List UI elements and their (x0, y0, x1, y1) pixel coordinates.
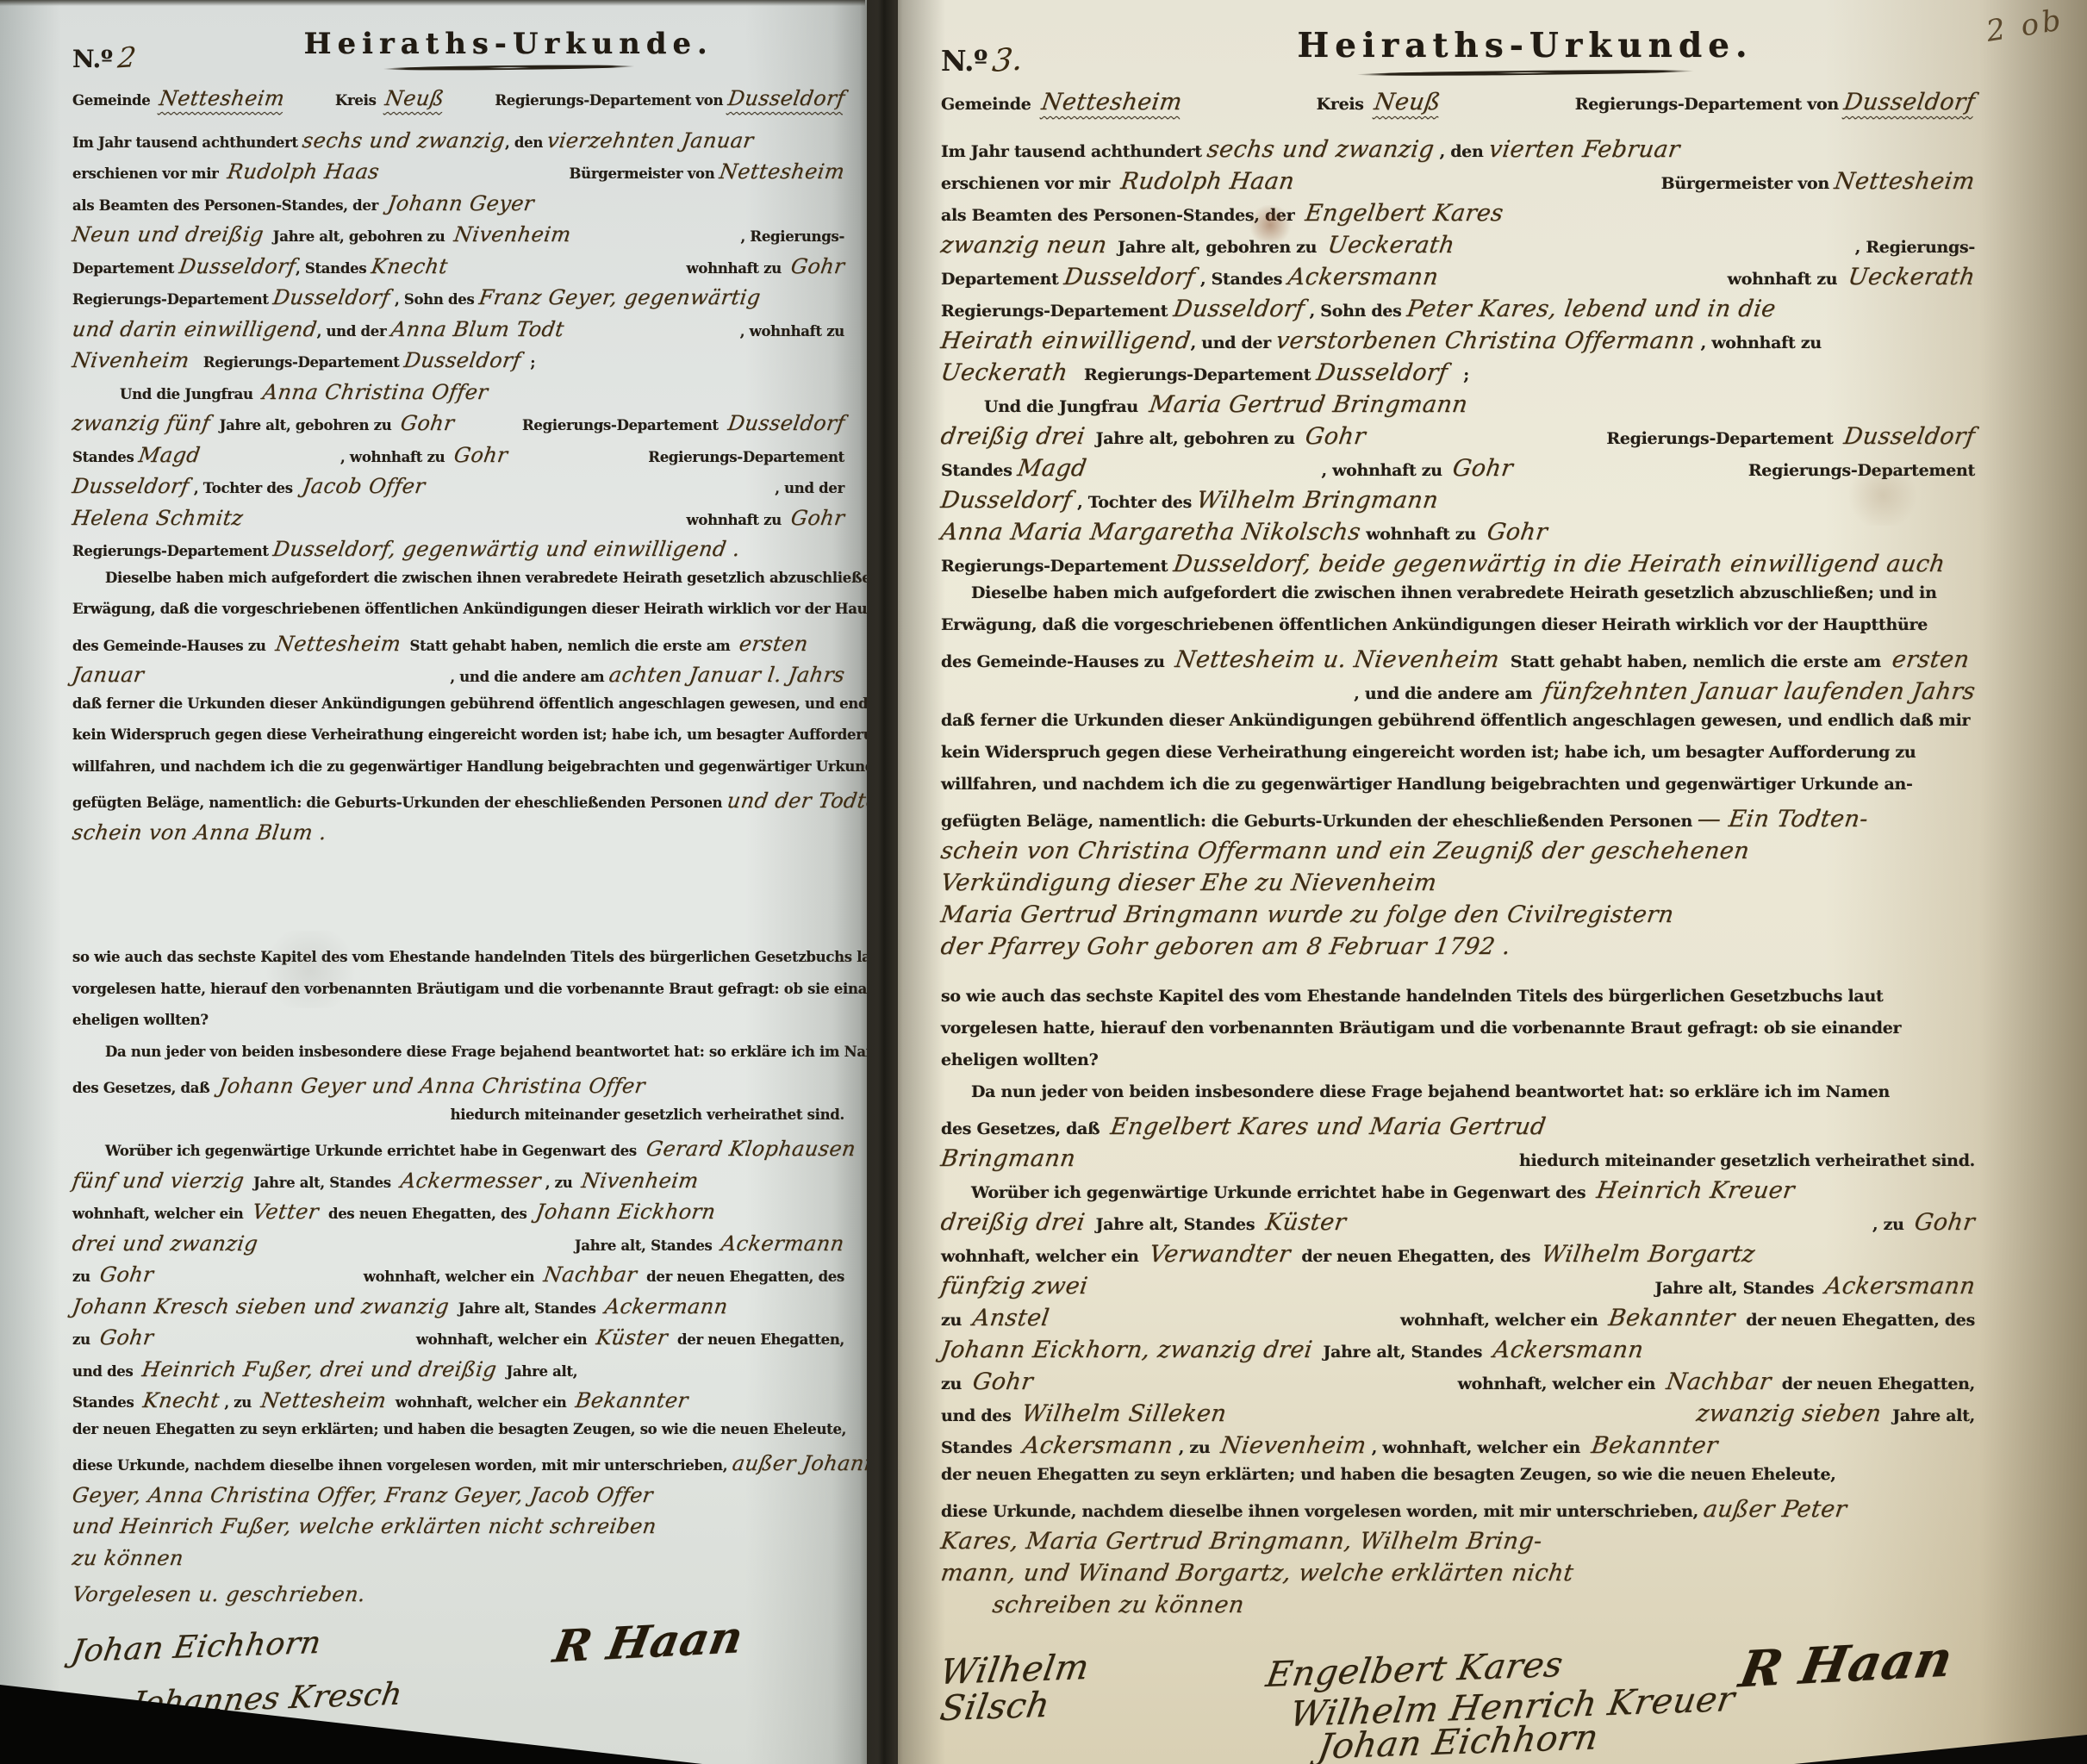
record-number-value: 3. (985, 41, 1025, 80)
handwritten-text: Johann Eickhorn, zwanzig drei (939, 1338, 1314, 1362)
handwritten-text: Peter Kares, lebend und in die (1405, 297, 1778, 321)
handwritten-text: Nachbar (542, 1264, 639, 1285)
printed-text: des Gesetzes, daß (941, 1120, 1111, 1139)
handwritten-text: Gohr (1486, 520, 1549, 544)
form-line: Regierungs-Departement Dusseldorf, gegen… (72, 539, 844, 570)
handwritten-text: Nettesheim (1040, 90, 1184, 114)
handwritten-text: Nivenheim (71, 350, 190, 371)
handwritten-text: Nettesheim u. Nievenheim (1174, 648, 1501, 671)
record-number-label: N.º (941, 45, 987, 78)
form-line: so wie auch das sechste Kapitel des vom … (941, 988, 1975, 1019)
handwritten-text: Gohr (98, 1264, 155, 1285)
form-line: erschienen vor mir Rudolph HaanBürgermei… (941, 170, 1975, 202)
handwritten-text: Knecht (370, 256, 449, 277)
form-line: daß ferner die Urkunden dieser Ankündigu… (941, 712, 1975, 744)
form-line: kein Widerspruch gegen diese Verheirathu… (72, 727, 844, 759)
handwritten-text: Ackermann (604, 1296, 730, 1317)
handwritten-text: dreißig drei (939, 425, 1087, 448)
printed-text: Erwägung, daß die vorgeschriebenen öffen… (941, 616, 1928, 635)
form-line: des Gemeinde-Hauses zu Nettesheim u. Nie… (941, 648, 1975, 680)
printed-text: Jahre alt, gebohren zu (210, 418, 402, 434)
printed-text: zu (72, 1269, 100, 1286)
printed-text: als Beamten des Personen-Standes, der (72, 198, 388, 215)
form-body-left: Gemeinde NettesheimKreis NeußRegierungs-… (72, 88, 844, 1716)
handwritten-text: Rudolph Haas (227, 161, 382, 182)
form-line: willfahren, und nachdem ich die zu gegen… (72, 759, 844, 791)
printed-text: Standes (72, 450, 139, 466)
page-right: N.º3. Heiraths-Urkunde. Gemeinde Nettesh… (898, 0, 2087, 1764)
form-line: Johan Eichhorn (941, 1724, 1975, 1760)
printed-text: des neuen Ehegatten, des (319, 1206, 536, 1223)
printed-text: Gemeinde (72, 93, 159, 109)
signature: R Haan (1735, 1634, 1956, 1695)
handwritten-text: Gohr (98, 1327, 155, 1348)
printed-text: Regierungs-Departement (1606, 430, 1844, 449)
form-line: gefügten Beläge, namentlich: die Geburts… (72, 790, 844, 822)
printed-text: zu (72, 1332, 100, 1349)
form-line: des Gesetzes, daß Engelbert Kares und Ma… (941, 1115, 1975, 1147)
printed-text: , und der (775, 481, 844, 497)
handwritten-text: Ueckerath (1326, 234, 1456, 257)
form-line: des Gemeinde-Hauses zu Nettesheim Statt … (72, 633, 844, 665)
handwritten-text: der Pfarrey Gohr geboren am 8 Februar 17… (939, 935, 1512, 958)
page-top-edge (0, 0, 865, 6)
form-line: Verkündigung dieser Ehe zu Nievenheim (941, 871, 1975, 903)
handwritten-text: Helena Schmitz (71, 508, 244, 528)
handwritten-text: Nettesheim (259, 1390, 387, 1411)
printed-text: wohnhaft zu (687, 513, 791, 529)
form-line: zu Gohrwohnhaft, welcher ein Nachbar der… (941, 1370, 1975, 1402)
printed-text: Bürgermeister von (1661, 175, 1835, 194)
handwritten-text: sechs und zwanzig (1205, 138, 1436, 161)
printed-text: willfahren, und nachdem ich die zu gegen… (941, 776, 1913, 795)
printed-text: wohnhaft zu (1728, 271, 1848, 290)
printed-text: wohnhaft, welcher ein (386, 1395, 576, 1412)
printed-text: Regierungs-Departement (941, 302, 1174, 321)
handwritten-text: Nettesheim (1833, 170, 1977, 193)
printed-text: , Regierungs- (741, 229, 844, 246)
printed-text: , und der (1191, 334, 1277, 353)
form-line: Anna Maria Margaretha Nikolschs wohnhaft… (941, 520, 1975, 552)
handwritten-text: verstorbenen Christina Offermann (1274, 329, 1697, 352)
form-line: wohnhaft, welcher ein Vetter des neuen E… (72, 1201, 844, 1233)
handwritten-text: Wilhelm Borgartz (1540, 1243, 1756, 1266)
handwritten-text: Neuß (1373, 90, 1442, 114)
handwritten-text: Dusseldorf (1062, 265, 1197, 289)
printed-text: Departement (72, 261, 179, 277)
printed-text: , Standes (296, 261, 371, 277)
printed-text: Regierungs-Departement (1748, 462, 1975, 481)
printed-text: vorgelesen hatte, hierauf den vorbenannt… (941, 1019, 1901, 1038)
handwritten-text: fünfzehnten Januar laufenden Jahrs (1542, 680, 1977, 703)
handwritten-text: Ackersmann (1492, 1338, 1645, 1362)
printed-text: Jahre alt, (1882, 1407, 1975, 1426)
handwritten-text: Dusseldorf (178, 256, 297, 277)
handwritten-text: Gohr (400, 413, 457, 433)
form-body-right: Gemeinde NettesheimKreis NeußRegierungs-… (941, 90, 1975, 1759)
form-line: der neuen Ehegatten zu seyn erklärten; u… (72, 1422, 844, 1454)
form-line: WilhelmEngelbert KaresR Haan (941, 1639, 1975, 1689)
form-line: und darin einwilligend, und der Anna Blu… (72, 319, 844, 351)
form-line: Regierungs-Departement Dusseldorf , Sohn… (941, 297, 1975, 329)
printed-text: , wohnhaft zu (740, 324, 844, 340)
handwritten-text: vierten Februar (1487, 138, 1681, 161)
form-line: so wie auch das sechste Kapitel des vom … (72, 950, 844, 982)
page-header-right: N.º3. Heiraths-Urkunde. (941, 26, 1975, 78)
handwritten-text: Dusseldorf (1842, 425, 1977, 448)
form-line: dreißig drei Jahre alt, Standes Küster, … (941, 1211, 1975, 1243)
printed-text: wohnhaft, welcher ein (364, 1269, 544, 1286)
printed-text: so wie auch das sechste Kapitel des vom … (941, 988, 1883, 1007)
handwritten-text: dreißig drei (939, 1211, 1087, 1234)
form-line: Ueckerath Regierungs-Departement Dusseld… (941, 361, 1975, 393)
form-line: Dieselbe haben mich aufgefordert die zwi… (72, 570, 844, 602)
printed-text: Dieselbe haben mich aufgefordert die zwi… (105, 570, 867, 587)
form-line: dreißig drei Jahre alt, gebohren zu Gohr… (941, 425, 1975, 457)
form-line: Da nun jeder von beiden insbesondere die… (941, 1083, 1975, 1115)
printed-text: Statt gehabt haben, nemlich die erste am (1499, 653, 1891, 672)
page-title: Heiraths-Urkunde. (234, 26, 782, 60)
handwritten-text: Dusseldorf, beide gegenwärtig in die Hei… (1172, 552, 1947, 576)
form-line: Helena Schmitzwohnhaft zu Gohr (72, 508, 844, 539)
printed-text: Jahre alt, Standes (575, 1238, 722, 1255)
printed-text: der neuen Ehegatten, des (1291, 1248, 1542, 1267)
form-line: Neun und dreißig Jahre alt, gebohren zu … (72, 224, 844, 256)
handwritten-text: sechs und zwanzig (302, 130, 507, 151)
handwritten-text: Johann Geyer (386, 193, 535, 214)
printed-text: der neuen Ehegatten, (1771, 1375, 1975, 1394)
printed-text: Regierungs-Departement von (495, 93, 727, 109)
printed-text: eheligen wollten? (72, 1013, 209, 1029)
form-line: hiedurch miteinander gesetzlich verheira… (72, 1107, 844, 1139)
printed-text: Worüber ich gegenwärtige Urkunde erricht… (971, 1184, 1597, 1203)
printed-text: Jahre alt, Standes (1655, 1280, 1825, 1299)
handwritten-text: Johann Kresch sieben und zwanzig (71, 1296, 450, 1317)
printed-text: hiedurch miteinander gesetzlich verheira… (451, 1107, 844, 1124)
printed-text: hiedurch miteinander gesetzlich verheira… (1519, 1152, 1975, 1171)
form-line: Regierungs-Departement Dusseldorf, beide… (941, 552, 1975, 584)
handwritten-text: Dusseldorf (1315, 361, 1449, 384)
handwritten-text: außer Johann (731, 1453, 867, 1474)
form-line: Gemeinde NettesheimKreis NeußRegierungs-… (72, 88, 844, 120)
handwritten-text: Gohr (1304, 425, 1367, 448)
form-line: , und die andere am fünfzehnten Januar l… (941, 680, 1975, 712)
handwritten-text: Vetter (252, 1201, 321, 1222)
printed-text: und des (941, 1407, 1022, 1426)
printed-text: des Gemeinde-Hauses zu (72, 639, 276, 655)
handwritten-text: Heinrich Fußer, drei und dreißig (141, 1359, 499, 1380)
handwritten-text: — Ein Todten- (1696, 807, 1870, 831)
handwritten-text: Maria Gertrud Bringmann (1148, 393, 1469, 416)
handwritten-text: Ueckerath (1847, 265, 1977, 289)
handwritten-text: Verwandter (1148, 1243, 1292, 1266)
form-line: zu Anstelwohnhaft, welcher ein Bekannter… (941, 1306, 1975, 1338)
printed-text: und des (72, 1364, 142, 1381)
handwritten-text: Dusseldorf (1172, 297, 1306, 321)
handwritten-text: Dusseldorf (726, 88, 846, 109)
handwritten-text: drei und zwanzig (71, 1233, 259, 1254)
form-line: Bringmannhiedurch miteinander gesetzlich… (941, 1147, 1975, 1179)
title-flourish (383, 64, 635, 71)
form-line: wohnhaft, welcher ein Verwandter der neu… (941, 1243, 1975, 1275)
handwritten-text: Januar (71, 664, 145, 685)
book-fold-shadow (860, 0, 903, 1764)
signature: Silsch (938, 1687, 1052, 1726)
form-line: kein Widerspruch gegen diese Verheirathu… (941, 744, 1975, 776)
printed-text: , Standes (1195, 271, 1288, 290)
printed-text: erschienen vor mir (941, 175, 1121, 194)
page-title-wrap: Heiraths-Urkunde. (234, 26, 844, 70)
signature: Johan Eichhorn (69, 1627, 323, 1667)
handwritten-text: Anna Christina Offer (261, 382, 489, 402)
form-line: drei und zwanzigJahre alt, Standes Acker… (72, 1233, 844, 1265)
handwritten-text: fünf und vierzig (71, 1170, 246, 1191)
form-line: Dusseldorf , Tochter des Jacob Offer, un… (72, 476, 844, 508)
handwritten-text: ersten (1891, 648, 1971, 671)
printed-text: , wohnhaft zu (1695, 334, 1822, 353)
printed-text: der neuen Ehegatten, (668, 1332, 844, 1349)
record-number: N.º2 (72, 26, 234, 74)
form-line: Heirath einwilligend, und der verstorben… (941, 329, 1975, 361)
printed-text: , zu (1173, 1439, 1221, 1458)
form-line: schein von Christina Offermann und ein Z… (941, 839, 1975, 871)
handwritten-text: Dusseldorf (939, 489, 1074, 512)
handwritten-text: Ackermesser (399, 1170, 542, 1191)
printed-text: Jahre alt, gebohren zu (1107, 239, 1328, 258)
printed-text: der neuen Ehegatten zu seyn erklärten; u… (72, 1422, 846, 1438)
form-line: Departement Dusseldorf, Standes Knechtwo… (72, 256, 844, 288)
form-line: Standes Magd, wohnhaft zu GohrRegierungs… (72, 445, 844, 477)
handwritten-text: fünfzig zwei (939, 1275, 1089, 1298)
handwritten-text: zwanzig sieben (1695, 1402, 1883, 1425)
form-line: vorgelesen hatte, hierauf den vorbenannt… (941, 1019, 1975, 1051)
form-line: fünfzig zweiJahre alt, Standes Ackersman… (941, 1275, 1975, 1306)
form-line: und Heinrich Fußer, welche erklärten nic… (72, 1516, 844, 1548)
printed-text: wohnhaft, welcher ein (72, 1206, 252, 1223)
handwritten-text: Küster (1264, 1211, 1348, 1234)
printed-text: Im Jahr tausend achthundert (941, 143, 1207, 162)
form-line: Worüber ich gegenwärtige Urkunde erricht… (941, 1179, 1975, 1211)
handwritten-text: Knecht (142, 1390, 221, 1411)
form-line: Regierungs-Departement Dusseldorf , Sohn… (72, 287, 844, 319)
form-line: und des Heinrich Fußer, drei und dreißig… (72, 1359, 844, 1391)
printed-text: , und der (317, 324, 391, 340)
handwritten-text: Dusseldorf, gegenwärtig und einwilligend… (271, 539, 741, 559)
printed-text: , Regierungs- (1855, 239, 1975, 258)
handwritten-text: Vorgelesen u. geschrieben. (71, 1584, 366, 1605)
form-line: Nivenheim Regierungs-Departement Dusseld… (72, 350, 844, 382)
form-line: vorgelesen hatte, hierauf den vorbenannt… (72, 982, 844, 1013)
handwritten-text: Heinrich Kreuer (1595, 1179, 1796, 1202)
form-line: Standes Ackersmann , zu Nievenheim , woh… (941, 1434, 1975, 1466)
form-line: Und die Jungfrau Maria Gertrud Bringmann (941, 393, 1975, 425)
form-line: Standes Magd, wohnhaft zu GohrRegierungs… (941, 457, 1975, 489)
handwritten-text: Anstel (971, 1306, 1050, 1330)
printed-text: wohnhaft zu (687, 261, 791, 277)
form-line: daß ferner die Urkunden dieser Ankündigu… (72, 696, 844, 728)
handwritten-text: vierzehnten Januar (546, 130, 756, 151)
printed-text: Jahre alt, (497, 1364, 578, 1381)
printed-text: , zu (540, 1175, 582, 1192)
printed-text: Jahre alt, Standes (1085, 1216, 1266, 1235)
printed-text: des Gemeinde-Hauses zu (941, 653, 1175, 672)
title-flourish (1356, 69, 1694, 77)
handwritten-text: Dusseldorf (402, 350, 522, 371)
form-line: zwanzig neun Jahre alt, gebohren zu Ueck… (941, 234, 1975, 265)
handwritten-text: Wilhelm Silleken (1020, 1402, 1228, 1425)
form-line: zu Gohrwohnhaft, welcher ein Küster der … (72, 1327, 844, 1359)
form-line: schreiben zu können (941, 1593, 1975, 1625)
printed-text: Jahre alt, gebohren zu (1085, 430, 1305, 449)
printed-text: , zu (1872, 1216, 1915, 1235)
form-line: Dusseldorf , Tochter des Wilhelm Bringma… (941, 489, 1975, 520)
handwritten-text: Gerard Klophausen (645, 1138, 857, 1159)
handwritten-text: zwanzig neun (939, 234, 1108, 257)
form-line: willfahren, und nachdem ich die zu gegen… (941, 776, 1975, 807)
form-line: mann, und Winand Borgartz, welche erklär… (941, 1561, 1975, 1593)
printed-text: Jahre alt, Standes (244, 1175, 400, 1192)
printed-text: wohnhaft, welcher ein (416, 1332, 596, 1349)
handwritten-text: Nievenheim (1219, 1434, 1367, 1457)
printed-text: , Tochter des (1072, 494, 1198, 513)
handwritten-text: Kares, Maria Gertrud Bringmann, Wilhelm … (939, 1530, 1543, 1553)
handwritten-text: Ackersmann (1286, 265, 1440, 289)
printed-text: so wie auch das sechste Kapitel des vom … (72, 950, 867, 966)
printed-text: , Tochter des (189, 481, 302, 497)
printed-text: der neuen Ehegatten, des (637, 1269, 844, 1286)
printed-text: zu (941, 1312, 973, 1331)
printed-text: Statt gehabt haben, nemlich die erste am (401, 639, 740, 655)
printed-text: Gemeinde (941, 96, 1042, 115)
handwritten-text: zu können (71, 1548, 184, 1568)
form-line: Gemeinde NettesheimKreis NeußRegierungs-… (941, 90, 1975, 122)
form-line: Im Jahr tausend achthundert sechs und zw… (72, 130, 844, 162)
printed-text: Da nun jeder von beiden insbesondere die… (105, 1044, 867, 1061)
handwritten-text: Nivenheim (453, 224, 573, 245)
handwritten-text: Dusseldorf (1842, 90, 1977, 114)
signature: Wilhelm (938, 1649, 1092, 1689)
printed-text: Regierungs-Departement von (1575, 96, 1844, 115)
printed-text: Und die Jungfrau (120, 387, 263, 403)
printed-text: gefügten Beläge, namentlich: die Geburts… (941, 813, 1698, 832)
handwritten-text: Gohr (789, 508, 846, 528)
form-line: Departement Dusseldorf , Standes Ackersm… (941, 265, 1975, 297)
handwritten-text: Nettesheim (274, 633, 402, 654)
printed-text: Kreis (335, 93, 385, 109)
page-header-left: N.º2 Heiraths-Urkunde. (72, 26, 844, 74)
handwritten-text: Dusseldorf (271, 287, 391, 308)
printed-text: Worüber ich gegenwärtige Urkunde erricht… (105, 1144, 646, 1160)
form-line: Johann Eickhorn, zwanzig drei Jahre alt,… (941, 1338, 1975, 1370)
form-line: Vorgelesen u. geschrieben. (72, 1584, 844, 1616)
printed-text: Standes (941, 1439, 1023, 1458)
handwritten-text: und darin einwilligend (71, 319, 318, 340)
handwritten-text: zwanzig fünf (71, 413, 211, 433)
printed-text: Standes (72, 1395, 143, 1412)
printed-text: diese Urkunde, nachdem dieselbe ihnen vo… (941, 1503, 1704, 1522)
handwritten-text: Gohr (453, 445, 510, 465)
printed-text: Dieselbe haben mich aufgefordert die zwi… (971, 584, 1937, 603)
handwritten-text: Neun und dreißig (71, 224, 265, 245)
form-line: diese Urkunde, nachdem dieselbe ihnen vo… (72, 1453, 844, 1485)
printed-text: Da nun jeder von beiden insbesondere die… (971, 1083, 1890, 1102)
handwritten-text: Ackersmann (1823, 1275, 1977, 1298)
form-line: Kares, Maria Gertrud Bringmann, Wilhelm … (941, 1530, 1975, 1561)
handwritten-text: Rudolph Haan (1119, 170, 1296, 193)
handwritten-text: Magd (137, 445, 202, 465)
printed-text: , wohnhaft, welcher ein (1366, 1439, 1591, 1458)
handwritten-text: Franz Geyer, gegenwärtig (477, 287, 762, 308)
page-title-wrap: Heiraths-Urkunde. (1158, 26, 1975, 75)
handwritten-text: Jacob Offer (301, 476, 427, 496)
handwritten-text: ersten (738, 633, 810, 654)
printed-text: gefügten Beläge, namentlich: die Geburts… (72, 795, 727, 812)
handwritten-text: Gohr (971, 1370, 1035, 1393)
printed-text: Regierungs-Departement (1068, 366, 1316, 385)
printed-text: wohnhaft, welcher ein (941, 1248, 1149, 1267)
form-line: Und die Jungfrau Anna Christina Offer (72, 382, 844, 414)
printed-text: kein Widerspruch gegen diese Verheirathu… (941, 744, 1916, 763)
form-line: Johan EichhornR Haan (72, 1621, 844, 1666)
form-line: eheligen wollten? (941, 1051, 1975, 1083)
handwritten-text: Nachbar (1665, 1370, 1772, 1393)
printed-text: , den (505, 135, 547, 152)
printed-text: Erwägung, daß die vorgeschriebenen öffen… (72, 602, 867, 618)
form-line: Johann Kresch sieben und zwanzig Jahre a… (72, 1296, 844, 1328)
handwritten-text: Bekannter (575, 1390, 690, 1411)
form-line: der Pfarrey Gohr geboren am 8 Februar 17… (941, 935, 1975, 967)
form-line: zwanzig fünf Jahre alt, gebohren zu Gohr… (72, 413, 844, 445)
printed-text: , und die andere am (450, 670, 608, 686)
signature: R Haan (550, 1616, 746, 1670)
printed-text: , wohnhaft zu (1322, 462, 1454, 481)
form-line: zu können (72, 1548, 844, 1580)
handwritten-text: Dusseldorf (726, 413, 846, 433)
form-line: erschienen vor mir Rudolph HaasBürgermei… (72, 161, 844, 193)
handwritten-text: Engelbert Kares (1304, 202, 1505, 225)
form-line: Da nun jeder von beiden insbesondere die… (72, 1044, 844, 1076)
record-number: N.º3. (941, 26, 1158, 78)
form-line: des Gesetzes, daß Johann Geyer und Anna … (72, 1075, 844, 1107)
handwritten-text: Gohr (1452, 457, 1516, 480)
handwritten-text: Johann Eickhorn (535, 1201, 718, 1222)
handwritten-text: Magd (1016, 457, 1088, 480)
form-line: schein von Anna Blum . (72, 822, 844, 854)
printed-text: daß ferner die Urkunden dieser Ankündigu… (72, 696, 867, 713)
printed-text: , zu (220, 1395, 261, 1412)
handwritten-text: Verkündigung dieser Ehe zu Nievenheim (939, 871, 1438, 894)
printed-text: Bürgermeister von (570, 166, 720, 183)
form-line: Erwägung, daß die vorgeschriebenen öffen… (941, 616, 1975, 648)
printed-text: vorgelesen hatte, hierauf den vorbenannt… (72, 982, 867, 998)
printed-text: Jahre alt, Standes (1312, 1343, 1493, 1362)
printed-text: Jahre alt, gebohren zu (264, 229, 455, 246)
printed-text: wohnhaft, welcher ein (1400, 1312, 1609, 1331)
printed-text: erschienen vor mir (72, 166, 227, 183)
printed-text: kein Widerspruch gegen diese Verheirathu… (72, 727, 867, 744)
form-line: gefügten Beläge, namentlich: die Geburts… (941, 807, 1975, 839)
record-number-label: N.º (72, 45, 113, 73)
handwritten-text: Bekannter (1607, 1306, 1736, 1330)
printed-text: eheligen wollten? (941, 1051, 1098, 1070)
printed-text: Standes (941, 462, 1018, 481)
handwritten-text: schreiben zu können (991, 1593, 1245, 1617)
form-line: diese Urkunde, nachdem dieselbe ihnen vo… (941, 1498, 1975, 1530)
printed-text: wohnhaft, welcher ein (1458, 1375, 1666, 1394)
page-left: N.º2 Heiraths-Urkunde. Gemeinde Netteshe… (0, 0, 867, 1764)
handwritten-text: Anna Maria Margaretha Nikolschs (939, 520, 1362, 544)
signature: Johan Eichhorn (1315, 1719, 1600, 1764)
